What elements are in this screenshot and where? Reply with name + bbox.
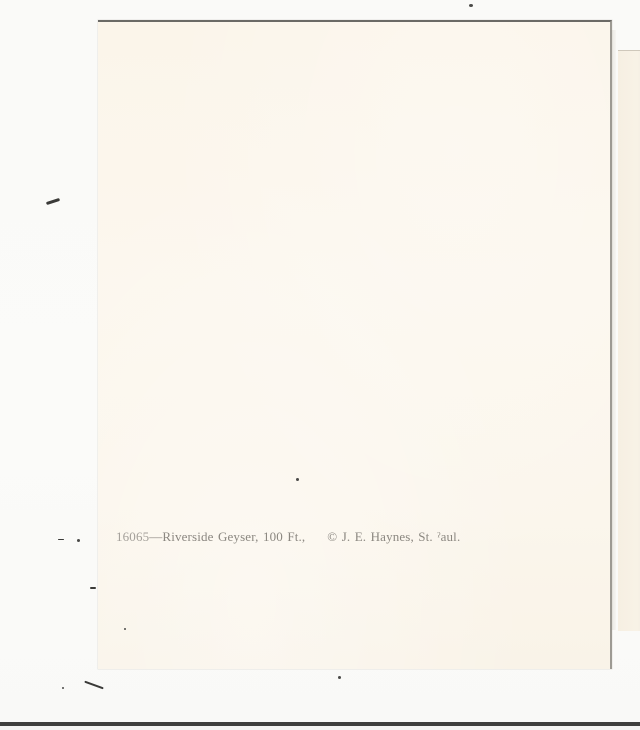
- catalog-number: 16065: [116, 529, 149, 544]
- dust-speck: [338, 676, 341, 679]
- dust-speck: [296, 478, 299, 481]
- caption-title: Riverside Geyser, 100 Ft.,: [162, 529, 305, 544]
- caption-dash: —: [149, 529, 162, 544]
- copyright-line: © J. E. Haynes, St. ˀaul.: [327, 529, 460, 544]
- scratch-mark: [90, 587, 96, 589]
- scratch-mark: [58, 539, 64, 540]
- postcard-back: 16065—Riverside Geyser, 100 Ft.,© J. E. …: [98, 20, 612, 669]
- paper-texture: [98, 22, 610, 669]
- dust-speck: [469, 4, 473, 7]
- dust-speck: [77, 539, 80, 542]
- dust-speck: [62, 687, 64, 689]
- scanner-bottom-strip: [0, 726, 640, 730]
- adjacent-card: [618, 50, 640, 631]
- card-caption: 16065—Riverside Geyser, 100 Ft.,© J. E. …: [116, 529, 596, 545]
- adjacent-card-shadow: [612, 30, 616, 630]
- dust-speck: [124, 628, 126, 630]
